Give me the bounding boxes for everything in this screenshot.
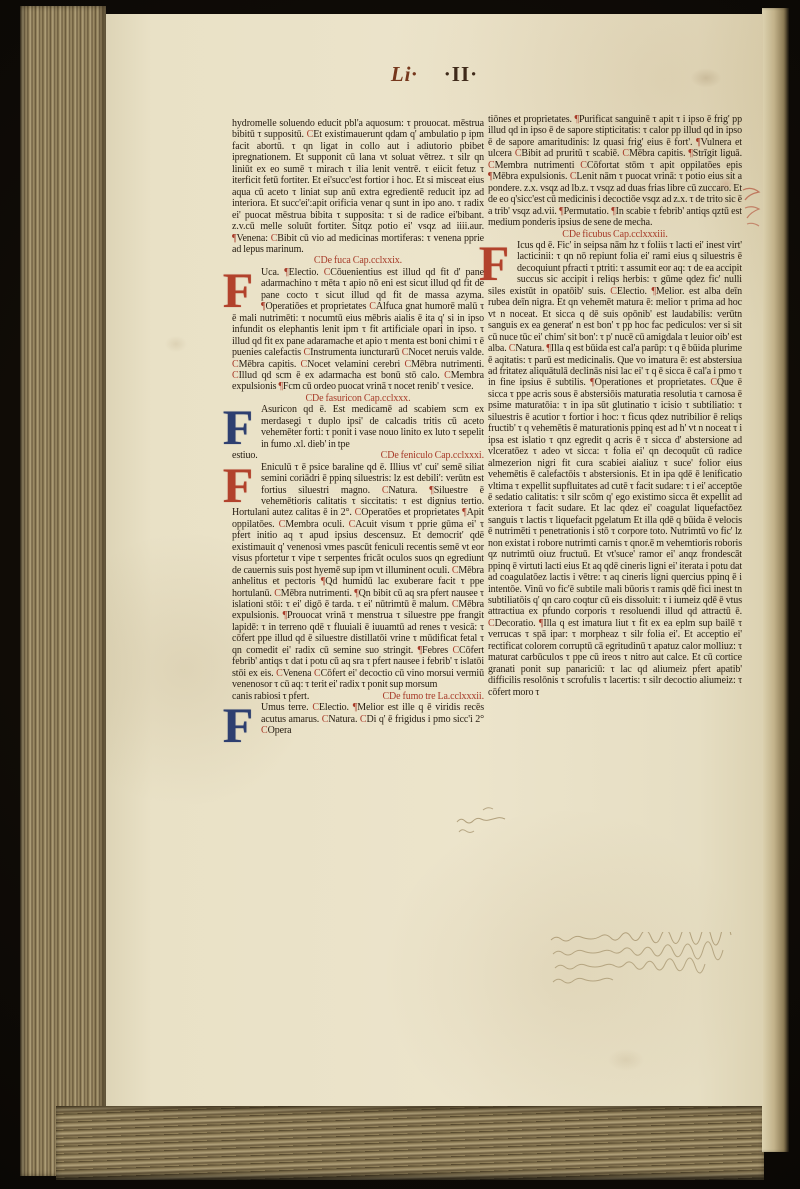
running-head: Li· ·II· (106, 62, 763, 87)
paragraph-text: Icus qd ē. Fic' in seipsa nām hz τ folii… (488, 240, 742, 698)
split-line: canis rabiosi τ pfert.CDe fumo tre La.cc… (232, 691, 484, 702)
marginalia-gutter-note (453, 806, 515, 840)
paragraph: FEniculū τ ē psice baraline qd ē. Illius… (232, 462, 484, 691)
adjacent-page-edge (762, 8, 789, 1152)
paragraph-text: Uca. ¶Electio. CCōuenientius est illud q… (232, 267, 484, 393)
line-end-text: estiuo. (232, 450, 258, 461)
illuminated-initial-red: F (220, 464, 256, 506)
marginalia-bottom-note (549, 932, 744, 994)
paragraph: hydromelle soluendo educit pbl'a aquosum… (232, 118, 484, 255)
marginalia-red-marks (739, 184, 765, 232)
illuminated-initial-red: F (476, 242, 512, 284)
chapter-heading-fasuricon: CDe fasuricon Cap.cclxxx. (232, 393, 484, 404)
line-end-text: canis rabiosi τ pfert. (232, 691, 309, 702)
chapter-heading-fuca: CDe fuca Cap.cclxxix. (232, 255, 484, 266)
paragraph-text: Eniculū τ ē psice baraline qd ē. Illius … (232, 462, 484, 691)
book-bottom-edge-stack (56, 1106, 764, 1180)
chapter-heading-fumo-terre: CDe fumo tre La.cclxxxii. (382, 691, 484, 702)
text-column-right: tiōnes et proprietates. ¶Purificat sangu… (488, 114, 742, 936)
illuminated-initial-red: F (220, 269, 256, 311)
paragraph: FUca. ¶Electio. CCōuenientius est illud … (232, 267, 484, 393)
folio-leaf-numeral: ·II· (444, 62, 478, 87)
illuminated-initial-blue: F (220, 406, 256, 448)
paragraph-text: hydromelle soluendo educit pbl'a aquosum… (232, 118, 484, 255)
paragraph: FIcus qd ē. Fic' in seipsa nām hz τ foli… (488, 240, 742, 698)
chapter-heading-ficubus: CDe ficubus Cap.cclxxxiii. (488, 229, 742, 240)
illuminated-initial-blue: F (220, 704, 256, 746)
split-line: estiuo.CDe feniculo Cap.cclxxxi. (232, 450, 484, 461)
paragraph: FAsuricon qd ē. Est medicamē ad scabiem … (232, 404, 484, 450)
folio-book-numeral: Li· (391, 62, 418, 87)
book-photo-scene: Li· ·II· hydromelle soluendo educit pbl'… (0, 0, 800, 1189)
book-fore-edge-stack-left (20, 6, 106, 1176)
paragraph: tiōnes et proprietates. ¶Purificat sangu… (488, 114, 742, 229)
text-column-left: hydromelle soluendo educit pbl'a aquosum… (232, 118, 484, 928)
paragraph-text: Umus terre. CElectio. ¶Melior est ille q… (261, 702, 484, 736)
chapter-heading-feniculo: CDe feniculo Cap.cclxxxi. (381, 450, 484, 461)
paragraph: FUmus terre. CElectio. ¶Melior est ille … (232, 702, 484, 736)
book-page: Li· ·II· hydromelle soluendo educit pbl'… (106, 14, 763, 1106)
paragraph-text: tiōnes et proprietates. ¶Purificat sangu… (488, 114, 742, 228)
paragraph-text: Asuricon qd ē. Est medicamē ad scabiem s… (261, 404, 484, 449)
